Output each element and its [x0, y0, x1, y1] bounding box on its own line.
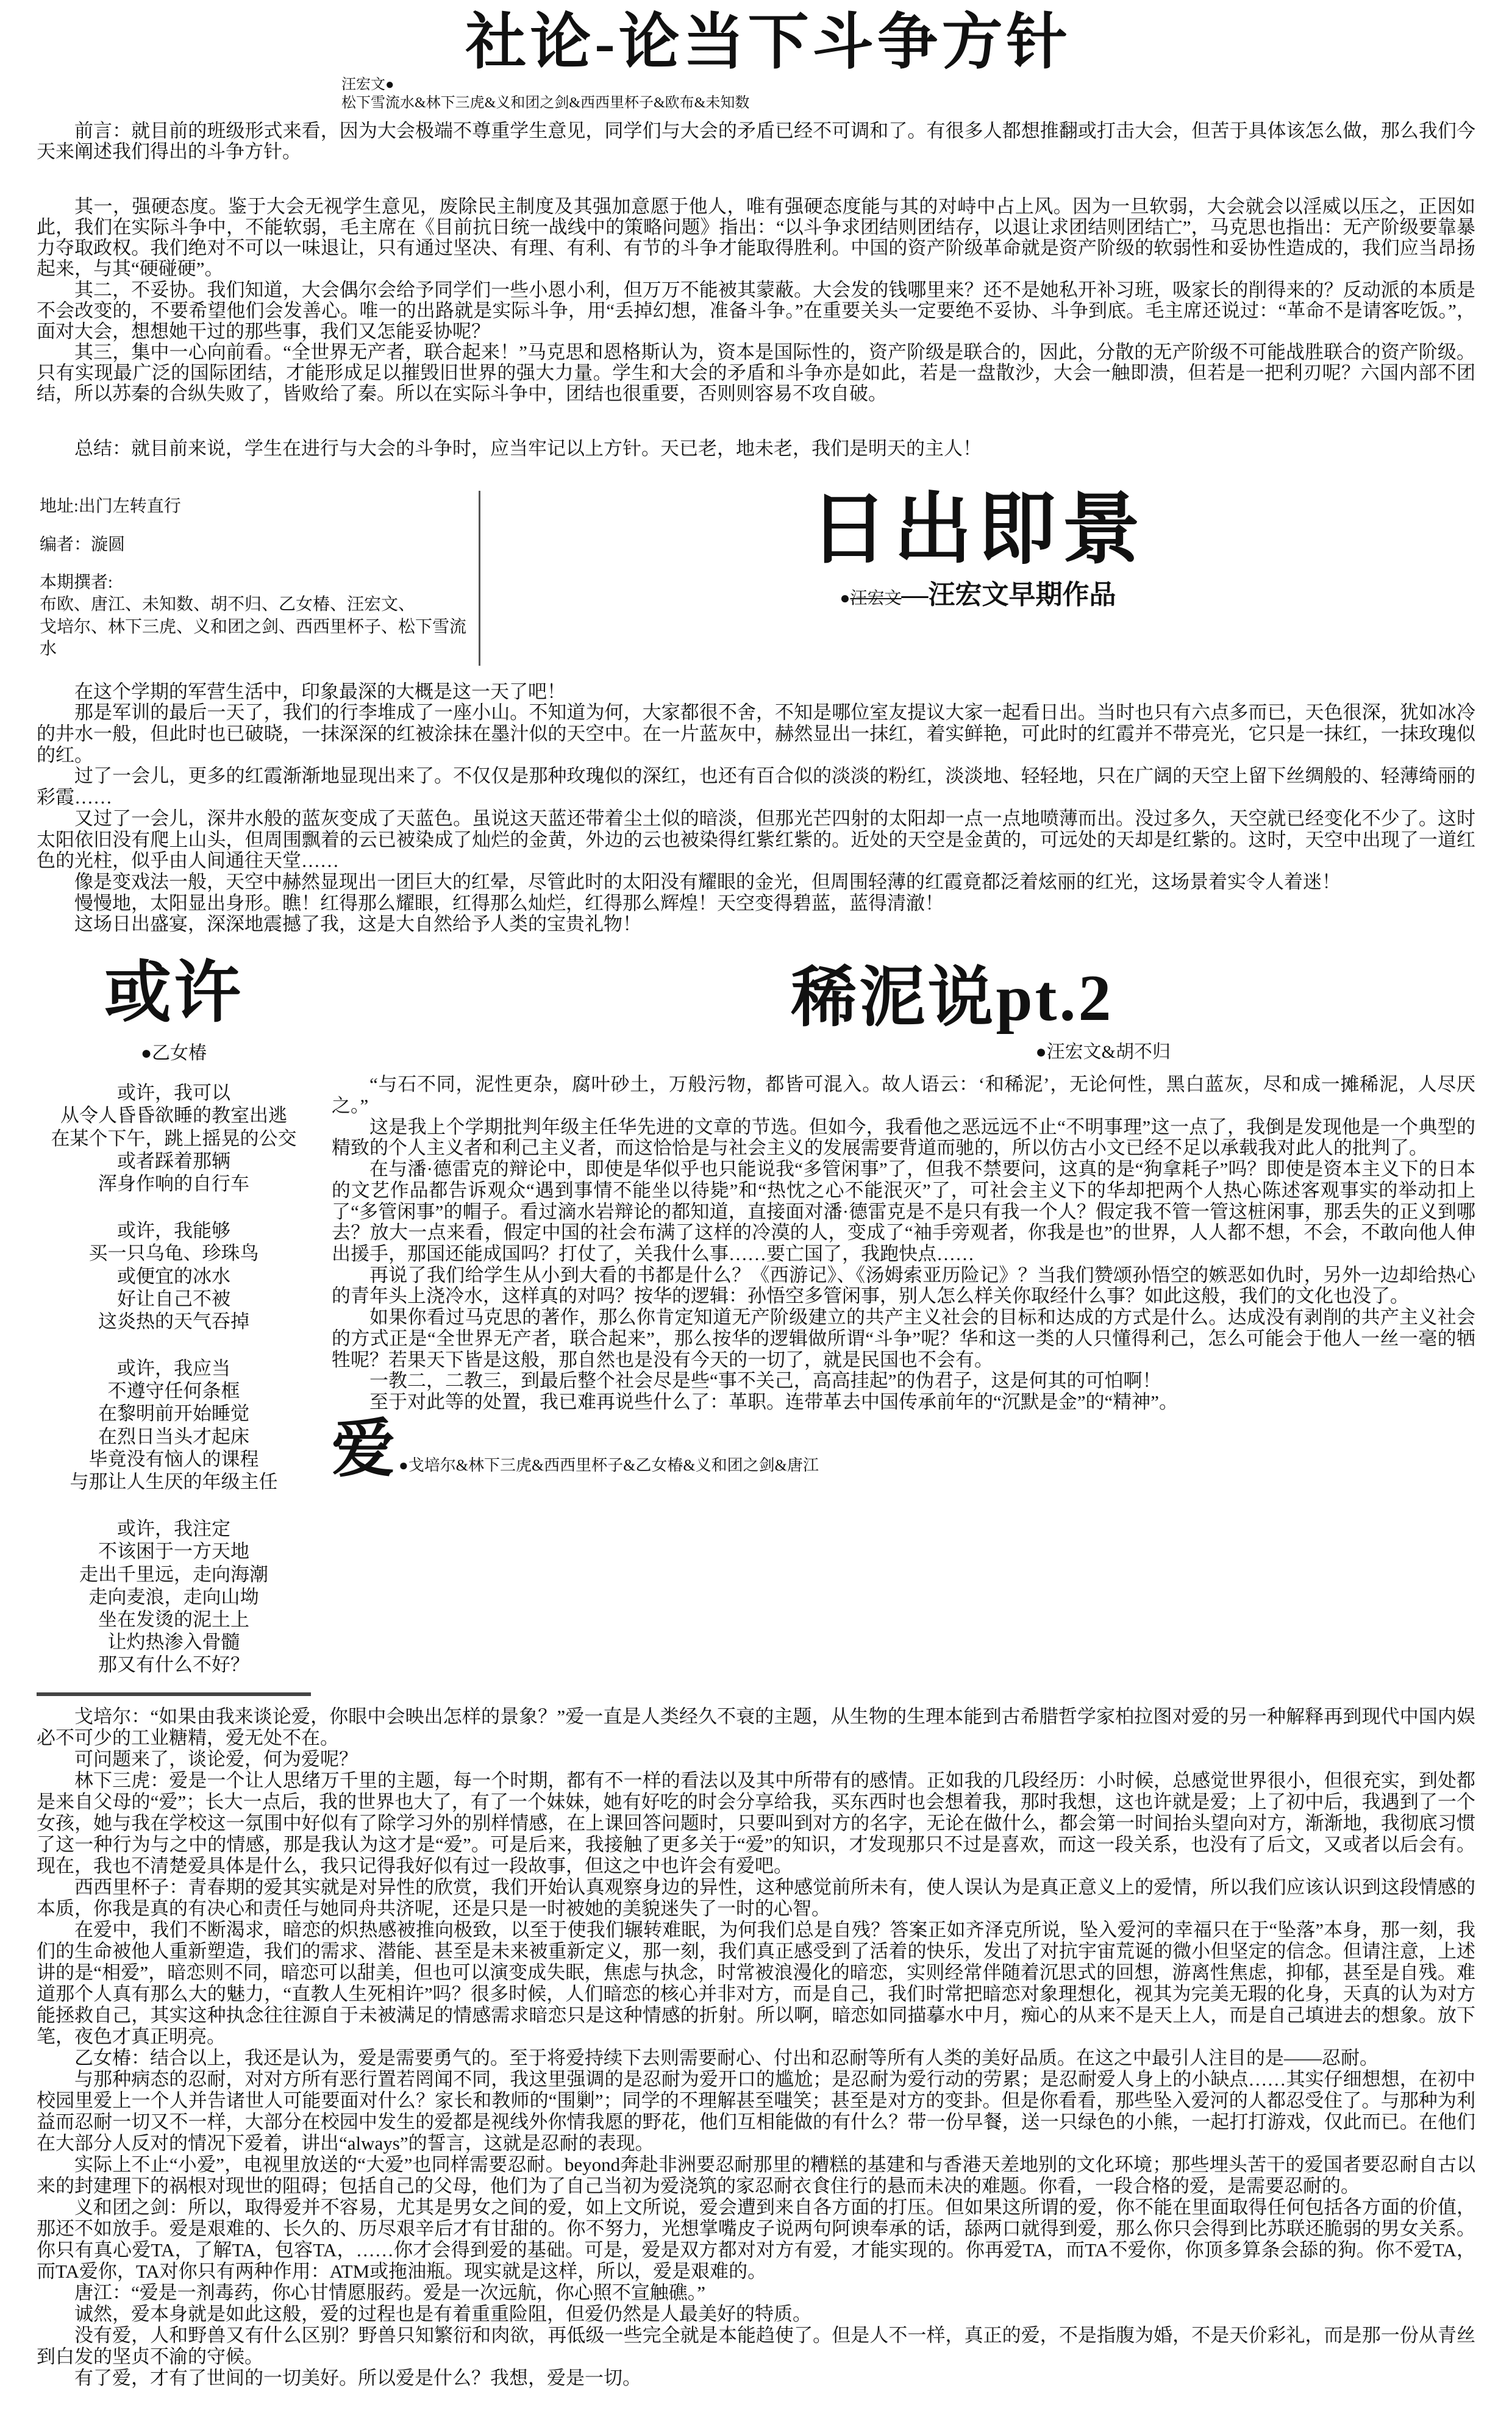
spacer	[40, 518, 466, 534]
love-paragraph: 戈培尔：“如果由我来谈论爱，你眼中会映出怎样的景象？”爱一直是人类经久不衰的主题…	[37, 1706, 1475, 1748]
poem-line: 或许，我应当	[37, 1357, 311, 1380]
masthead: 地址:出门左转直行 编者：漩圆 本期撰者: 布欧、唐江、未知数、胡不归、乙女椿、…	[37, 491, 480, 665]
masthead-writers-line2: 戈培尔、林下三虎、义和团之剑、西西里杯子、松下雪流水	[40, 616, 466, 661]
poem-line: 好让自己不被	[37, 1288, 311, 1310]
poem-line: 或许，我可以	[37, 1082, 311, 1104]
love-paragraph: 实际上不止“小爱”，电视里放送的“大爱”也同样需要忍耐。beyond奔赴非洲要忍…	[37, 2154, 1475, 2197]
poem-line: 那又有什么不好？	[37, 1653, 311, 1676]
love-byline: ●戈培尔&林下三虎&西西里杯子&乙女椿&义和团之剑&唐江	[395, 1453, 819, 1481]
masthead-address: 地址:出门左转直行	[40, 496, 466, 518]
poem-line: 在黎明前开始睡觉	[37, 1402, 311, 1425]
editorial-title: 社论-论当下斗争方针	[61, 12, 1475, 73]
editorial-byline: 汪宏文● 松下雪流水&林下三虎&义和团之剑&西西里杯子&欧布&未知数	[341, 76, 1475, 112]
love-paragraph: 与那种病态的忍耐，对对方所有恶行置若罔闻不同，我这里强调的是忍耐为爱开口的尴尬；…	[37, 2069, 1475, 2154]
poem-line: 不遵守任何条框	[37, 1380, 311, 1402]
poem-line: 走向麦浪，走向山坳	[37, 1586, 311, 1608]
mud-paragraph: 在与潘·德雷克的辩论中，即使是华似乎也只能说我“多管闲事”了，但我不禁要问，这真…	[332, 1159, 1475, 1265]
mud-paragraph: 如果你看过马克思的著作，那么你肯定知道无产阶级建立的共产主义社会的目标和达成的方…	[332, 1307, 1475, 1370]
love-body: 戈培尔：“如果由我来谈论爱，你眼中会映出怎样的景象？”爱一直是人类经久不衰的主题…	[37, 1706, 1475, 2389]
love-paragraph: 没有爱，人和野兽又有什么区别？野兽只知繁衍和肉欲，再低级一些完全就是本能趋使了。…	[37, 2325, 1475, 2367]
poem-line: 毕竟没有恼人的课程	[37, 1448, 311, 1470]
sunrise-paragraph: 慢慢地，太阳显出身形。瞧！红得那么耀眼，红得那么灿烂，红得那么辉煌！天空变得碧蓝…	[37, 893, 1475, 914]
sunrise-header: 日出即景 ●汪宏文—汪宏文早期作品	[480, 491, 1475, 665]
sunrise-paragraph: 过了一会儿，更多的红霞渐渐地显现出来了。不仅仅是那种玫瑰似的深红，也还有百合似的…	[37, 766, 1475, 808]
masthead-writers-label: 本期撰者:	[40, 572, 466, 594]
poem-line: 或便宜的冰水	[37, 1265, 311, 1288]
mud-column: 稀泥说pt.2 ●汪宏文&胡不归 “与石不同，泥性更杂，腐叶砂土，万般污物，都皆…	[311, 960, 1475, 1695]
sunrise-paragraph: 又过了一会儿，深井水般的蓝灰变成了天蓝色。虽说这天蓝还带着尘土似的暗淡，但那光芒…	[37, 808, 1475, 872]
poem-title: 或许	[37, 960, 311, 1027]
poem-column: 或许 ●乙女椿 或许，我可以从令人昏昏欲睡的教室出逃在某个下午，跳上摇晃的公交或…	[37, 960, 311, 1695]
love-paragraph: 西西里杯子：青春期的爱其实就是对异性的欣赏，我们开始认真观察身边的异性，这种感觉…	[37, 1877, 1475, 1919]
love-title: 爱	[332, 1418, 395, 1481]
masthead-editor: 编者：漩圆	[40, 534, 466, 556]
sunrise-paragraph: 像是变戏法一般，天空中赫然显现出一团巨大的红晕，尽管此时的太阳没有耀眼的金光，但…	[37, 872, 1475, 893]
poem-line: 不该困于一方天地	[37, 1540, 311, 1563]
mud-byline: ●汪宏文&胡不归	[332, 1036, 1475, 1063]
sunrise-byline: ●汪宏文—汪宏文早期作品	[480, 572, 1475, 611]
mud-body: “与石不同，泥性更杂，腐叶砂土，万般污物，都皆可混入。故人语云：‘和稀泥’，无论…	[332, 1074, 1475, 1413]
editorial-paragraph: 总结：就目前来说，学生在进行与大会的斗争时，应当牢记以上方针。天已老，地未老，我…	[37, 438, 1475, 459]
poem-line: 这炎热的天气吞掉	[37, 1310, 311, 1333]
sunrise-paragraph: 那是军训的最后一天了，我们的行李堆成了一座小山。不知道为何，大家都很不舍，不知是…	[37, 702, 1475, 766]
sunrise-byline-rest: —汪宏文早期作品	[901, 580, 1116, 610]
mud-paragraph: 至于对此等的处置，我已难再说些什么了：革职。连带革去中国传承前年的“沉默是金”的…	[332, 1392, 1475, 1413]
mud-paragraph: 一教二，二教三，到最后整个社会尽是些“事不关己，高高挂起”的伪君子，这是何其的可…	[332, 1370, 1475, 1392]
editorial-contributors: 松下雪流水&林下三虎&义和团之剑&西西里杯子&欧布&未知数	[341, 94, 1475, 112]
editorial-paragraph: 其三，集中一心向前看。“全世界无产者，联合起来！”马克思和恩格斯认为，资本是国际…	[37, 342, 1475, 404]
sunrise-title: 日出即景	[480, 491, 1475, 569]
newspaper-page: 社论-论当下斗争方针 汪宏文● 松下雪流水&林下三虎&义和团之剑&西西里杯子&欧…	[0, 0, 1512, 2413]
love-paragraph: 乙女椿：结合以上，我还是认为，爱是需要勇气的。至于将爱持续下去则需要耐心、付出和…	[37, 2047, 1475, 2069]
poem-byline: ●乙女椿	[37, 1038, 311, 1064]
poem-line: 走出千里远，走向海潮	[37, 1563, 311, 1586]
sunrise-body: 在这个学期的军营生活中，印象最深的大概是这一天了吧！那是军训的最后一天了，我们的…	[37, 682, 1475, 936]
mud-paragraph: 再说了我们给学生从小到大看的书都是什么？《西游记》、《汤姆索亚历险记》？当我们赞…	[332, 1265, 1475, 1307]
love-header: 爱 ●戈培尔&林下三虎&西西里杯子&乙女椿&义和团之剑&唐江	[332, 1418, 1475, 1481]
love-paragraph: 可问题来了，谈论爱，何为爱呢？	[37, 1748, 1475, 1770]
poem-line: 或许，我能够	[37, 1219, 311, 1242]
poem-line: 从令人昏昏欲睡的教室出逃	[37, 1104, 311, 1127]
editorial-paragraph: 前言：就目前的班级形式来看，因为大会极端不尊重学生意见，同学们与大会的矛盾已经不…	[37, 121, 1475, 162]
love-paragraph: 义和团之剑：所以，取得爱并不容易，尤其是男女之间的爱，如上文所说，爱会遭到来自各…	[37, 2197, 1475, 2282]
poem-line: 在烈日当头才起床	[37, 1425, 311, 1448]
sunrise-paragraph: 在这个学期的军营生活中，印象最深的大概是这一天了吧！	[37, 682, 1475, 703]
poem-line: 在某个下午，跳上摇晃的公交	[37, 1127, 311, 1150]
sunrise-byline-struck-name: 汪宏文	[850, 589, 901, 608]
poem-stanza: 或许，我应当不遵守任何条框在黎明前开始睡觉在烈日当头才起床毕竟没有恼人的课程与那…	[37, 1357, 311, 1493]
poem-body: 或许，我可以从令人昏昏欲睡的教室出逃在某个下午，跳上摇晃的公交或者踩着那辆浑身作…	[37, 1082, 311, 1676]
mud-paragraph: 这是我上个学期批判年级主任华先进的文章的节选。但如今，我看他之恶远远不止“不明事…	[332, 1117, 1475, 1159]
love-paragraph: 有了爱，才有了世间的一切美好。所以爱是什么？我想，爱是一切。	[37, 2367, 1475, 2389]
bullet-icon: ●	[840, 589, 850, 608]
poem-stanza: 或许，我能够买一只乌龟、珍珠鸟或便宜的冰水好让自己不被这炎热的天气吞掉	[37, 1219, 311, 1333]
mud-title: 稀泥说pt.2	[429, 966, 1475, 1032]
poem-line: 买一只乌龟、珍珠鸟	[37, 1242, 311, 1264]
poem-mud-row: 或许 ●乙女椿 或许，我可以从令人昏昏欲睡的教室出逃在某个下午，跳上摇晃的公交或…	[37, 960, 1475, 1695]
love-paragraph: 在爱中，我们不断渴求，暗恋的炽热感被推向极致，以至于使我们辗转难眠，为何我们总是…	[37, 1919, 1475, 2047]
poem-line: 浑身作响的自行车	[37, 1172, 311, 1195]
sunrise-paragraph: 这场日出盛宴，深深地震撼了我，这是大自然给予人类的宝贵礼物！	[37, 914, 1475, 935]
poem-line: 或许，我注定	[37, 1517, 311, 1540]
editorial-paragraph: 其一，强硬态度。鉴于大会无视学生意见，废除民主制度及其强加意愿于他人，唯有强硬态…	[37, 196, 1475, 279]
love-paragraph: 唐江：“爱是一剂毒药，你心甘情愿服药。爱是一次远航，你心照不宣触礁。”	[37, 2282, 1475, 2303]
poem-line: 坐在发烫的泥土上	[37, 1608, 311, 1631]
editorial-author: 汪宏文●	[341, 76, 1475, 94]
editorial-body: 前言：就目前的班级形式来看，因为大会极端不尊重学生意见，同学们与大会的矛盾已经不…	[37, 121, 1475, 459]
masthead-sunrise-row: 地址:出门左转直行 编者：漩圆 本期撰者: 布欧、唐江、未知数、胡不归、乙女椿、…	[37, 491, 1475, 665]
poem-line: 或者踩着那辆	[37, 1150, 311, 1172]
spacer	[40, 556, 466, 572]
poem-stanza: 或许，我可以从令人昏昏欲睡的教室出逃在某个下午，跳上摇晃的公交或者踩着那辆浑身作…	[37, 1082, 311, 1195]
poem-line: 与那让人生厌的年级主任	[37, 1470, 311, 1493]
love-paragraph: 林下三虎：爱是一个让人思绪万千里的主题，每一个时期，都有不一样的看法以及其中所带…	[37, 1770, 1475, 1877]
love-paragraph: 诚然，爱本身就是如此这般，爱的过程也是有着重重险阻，但爱仍然是人最美好的特质。	[37, 2303, 1475, 2325]
masthead-writers-line1: 布欧、唐江、未知数、胡不归、乙女椿、汪宏文、	[40, 594, 466, 616]
poem-line: 让灼热渗入骨髓	[37, 1631, 311, 1653]
mud-paragraph: “与石不同，泥性更杂，腐叶砂土，万般污物，都皆可混入。故人语云：‘和稀泥’，无论…	[332, 1074, 1475, 1116]
poem-stanza: 或许，我注定不该困于一方天地走出千里远，走向海潮走向麦浪，走向山坳坐在发烫的泥土…	[37, 1517, 311, 1676]
editorial-paragraph: 其二，不妥协。我们知道，大会偶尔会给予同学们一些小恩小利，但万万不能被其蒙蔽。大…	[37, 280, 1475, 342]
